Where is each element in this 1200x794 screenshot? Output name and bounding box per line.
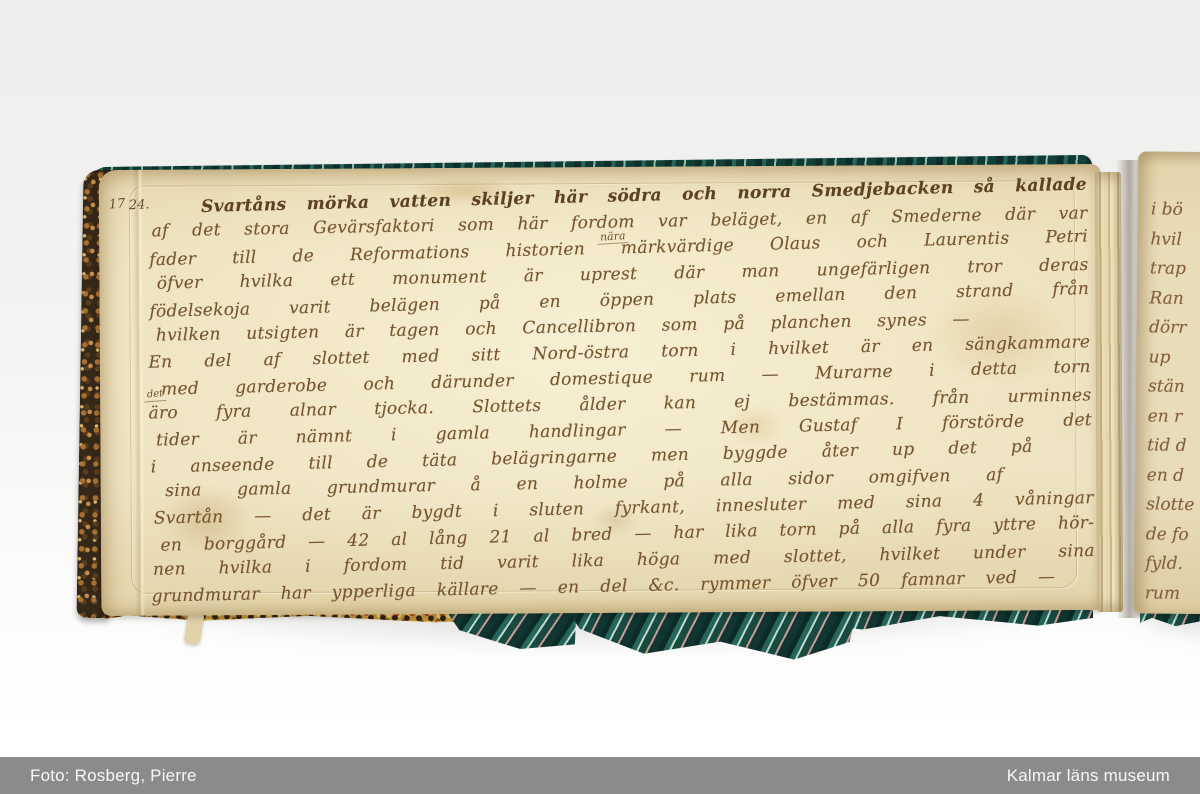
manuscript-fragments: i böhviltrapRandörrupstänen rtid den dsl… <box>1144 195 1200 614</box>
interlinear-note: nära <box>597 230 629 245</box>
museum-photo-of-manuscript: 17 24. Svartåns mörka vatten skiljer här… <box>0 0 1200 794</box>
manuscript-fragment-line: en r <box>1147 402 1199 432</box>
manuscript-page-left: 17 24. Svartåns mörka vatten skiljer här… <box>99 164 1104 616</box>
manuscript-fragment-line: en d <box>1146 461 1198 491</box>
manuscript-fragment-line: slotte <box>1146 490 1198 520</box>
manuscript-fragment-line: up <box>1148 343 1200 373</box>
manuscript-fragment-line: trap <box>1150 254 1200 284</box>
manuscript-fragment-line: stän <box>1148 372 1200 402</box>
caption-bar: Foto: Rosberg, Pierre Kalmar läns museum <box>0 757 1200 794</box>
museum-name: Kalmar läns museum <box>1007 766 1170 786</box>
manuscript-fragment-line: Ran <box>1149 284 1200 314</box>
manuscript-fragment-line: rum <box>1145 579 1197 609</box>
manuscript-fragment-line: dörr <box>1149 313 1200 343</box>
manuscript-fragment-line: hvil <box>1150 225 1200 255</box>
manuscript-page-right-partial: i böhviltrapRandörrupstänen rtid den dsl… <box>1134 151 1200 614</box>
manuscript-fragment-line: i bö <box>1151 195 1200 225</box>
page-number-left: 17 <box>108 197 125 211</box>
interlinear-note: det <box>144 389 167 403</box>
manuscript-fragment-line: tid d <box>1147 431 1199 461</box>
photo-credit: Foto: Rosberg, Pierre <box>30 766 197 786</box>
manuscript-fragment-line: fyld. <box>1145 549 1197 579</box>
manuscript-fragment-line: de fo <box>1146 520 1198 550</box>
